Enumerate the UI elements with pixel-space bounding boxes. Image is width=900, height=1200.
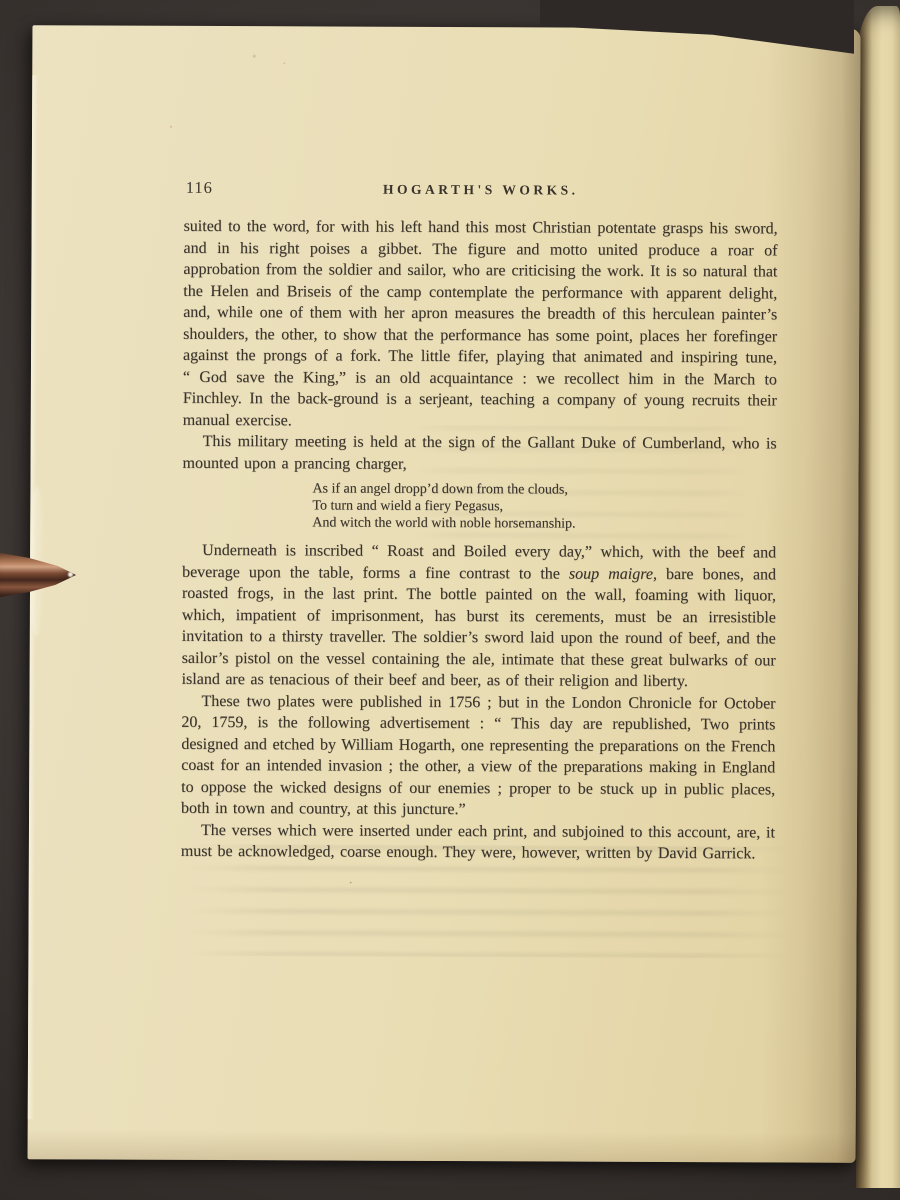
verse-line: As if an angel dropp’d down from the clo…	[312, 481, 776, 500]
adjacent-page-edge	[856, 6, 900, 1188]
page-content: 116 HOGARTH'S WORKS. suited to the word,…	[181, 178, 778, 865]
book-page: 116 HOGARTH'S WORKS. suited to the word,…	[28, 25, 861, 1163]
book-photo: 116 HOGARTH'S WORKS. suited to the word,…	[0, 0, 900, 1200]
italic-phrase: soup maigre	[569, 565, 653, 582]
paragraph: The verses which were inserted under eac…	[181, 820, 775, 866]
paragraph: This military meeting is held at the sig…	[183, 431, 777, 477]
page-header: 116 HOGARTH'S WORKS.	[184, 178, 778, 201]
page-number: 116	[186, 178, 213, 198]
paragraph: These two plates were published in 1756 …	[181, 691, 776, 823]
paragraph: Underneath is inscribed “ Roast and Boil…	[182, 540, 777, 693]
paragraph: suited to the word, for with his left ha…	[183, 216, 778, 434]
verse-line: To turn and wield a fiery Pegasus,	[312, 498, 776, 517]
verse-block: As if an angel dropp’d down from the clo…	[312, 481, 776, 533]
running-header: HOGARTH'S WORKS.	[184, 178, 778, 200]
paragraph-text: , bare bones, and roasted frogs, in the …	[182, 566, 777, 691]
verse-line: And witch the world with noble horsemans…	[312, 515, 776, 534]
page-bottom-shading	[28, 1129, 856, 1163]
